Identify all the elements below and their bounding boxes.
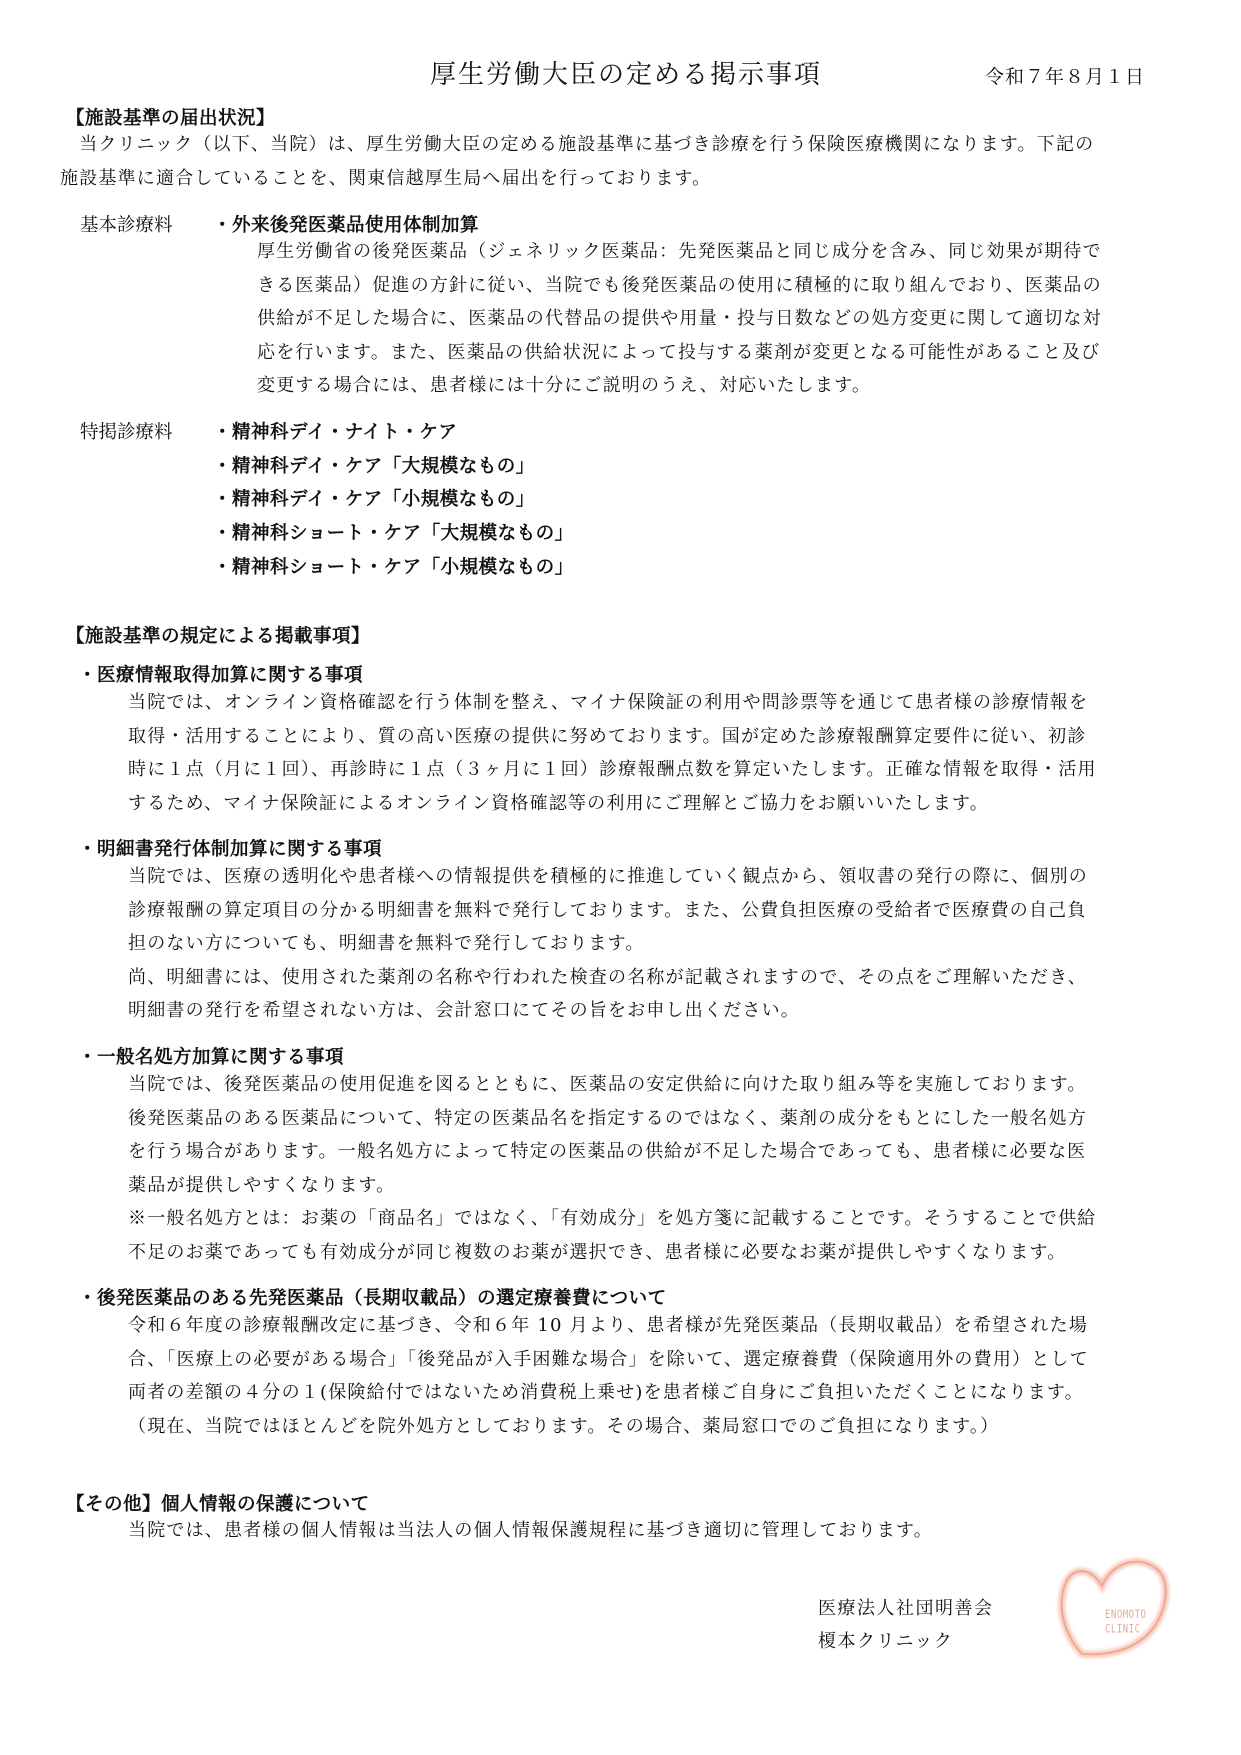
special-fee-item: ・精神科ショート・ケア「大規模なもの」 bbox=[213, 519, 574, 545]
paragraph-line: 当クリニック（以下、当院）は、厚生労働大臣の定める施設基準に基づき診療を行う保険… bbox=[60, 128, 1180, 162]
paragraph-line: 施設基準に適合していることを、関東信越厚生局へ届出を行っております。 bbox=[60, 162, 1180, 196]
section-heading-privacy: 【その他】個人情報の保護について bbox=[66, 1490, 370, 1516]
paragraph-line: 供給が不足した場合に、医薬品の代替品の提供や用量・投与日数などの処方変更に関して… bbox=[257, 302, 1177, 336]
section1-intro: 当クリニック（以下、当院）は、厚生労働大臣の定める施設基準に基づき診療を行う保険… bbox=[60, 128, 1180, 195]
basic-fee-label: 基本診療料 bbox=[80, 211, 173, 237]
paragraph-line: ※一般名処方とは：お薬の「商品名」ではなく、「有効成分」を処方箋に記載することで… bbox=[128, 1202, 1178, 1236]
paragraph-line: 合、「医療上の必要がある場合」「後発品が入手困難な場合」を除いて、選定療養費（保… bbox=[128, 1343, 1178, 1377]
privacy-body: 当院では、患者様の個人情報は当法人の個人情報保護規程に基づき適切に管理しておりま… bbox=[128, 1514, 1178, 1548]
notice-page: 厚生労働大臣の定める掲示事項 令和７年８月１日 【施設基準の届出状況】 当クリニ… bbox=[0, 0, 1241, 1755]
paragraph-line: 薬品が提供しやすくなります。 bbox=[128, 1169, 1178, 1203]
page-title: 厚生労働大臣の定める掲示事項 bbox=[430, 54, 822, 91]
paragraph-line: きる医薬品）促進の方針に従い、当院でも後発医薬品の使用に積極的に取り組んでおり、… bbox=[257, 269, 1177, 303]
special-fee-item: ・精神科デイ・ケア「小規模なもの」 bbox=[213, 485, 535, 511]
paragraph-line: 令和６年度の診療報酬改定に基づき、令和６年 10 月より、患者様が先発医薬品（長… bbox=[128, 1309, 1178, 1343]
item-heading-generic-prescription: ・一般名処方加算に関する事項 bbox=[78, 1043, 344, 1069]
organization-name: 医療法人社団明善会 bbox=[818, 1592, 994, 1625]
basic-fee-description: 厚生労働省の後発医薬品（ジェネリック医薬品：先発医薬品と同じ成分を含み、同じ効果… bbox=[257, 235, 1177, 403]
special-fee-item: ・精神科デイ・ケア「大規模なもの」 bbox=[213, 452, 535, 478]
paragraph-line: 不足のお薬であっても有効成分が同じ複数のお薬が選択でき、患者様に必要なお薬が提供… bbox=[128, 1236, 1178, 1270]
signature-block: 医療法人社団明善会 榎本クリニック bbox=[818, 1592, 994, 1658]
section-heading-facility-standards: 【施設基準の届出状況】 bbox=[66, 104, 275, 130]
special-fee-item: ・精神科デイ・ナイト・ケア bbox=[213, 418, 457, 444]
paragraph-line: 診療報酬の算定項目の分かる明細書を無料で発行しております。また、公費負担医療の受… bbox=[128, 894, 1178, 928]
item-body-medical-info: 当院では、オンライン資格確認を行う体制を整え、マイナ保険証の利用や問診票等を通じ… bbox=[128, 686, 1178, 820]
paragraph-line: 当院では、オンライン資格確認を行う体制を整え、マイナ保険証の利用や問診票等を通じ… bbox=[128, 686, 1178, 720]
item-heading-selective-care: ・後発医薬品のある先発医薬品（長期収載品）の選定療養費について bbox=[78, 1284, 667, 1310]
paragraph-line: 当院では、後発医薬品の使用促進を図るとともに、医薬品の安定供給に向けた取り組み等… bbox=[128, 1068, 1178, 1102]
special-fee-label: 特掲診療料 bbox=[80, 418, 173, 444]
paragraph-line: 変更する場合には、患者様には十分にご説明のうえ、対応いたします。 bbox=[257, 369, 1177, 403]
paragraph-line: するため、マイナ保険証によるオンライン資格確認等の利用にご理解とご協力をお願いい… bbox=[128, 787, 1178, 821]
paragraph-line: 厚生労働省の後発医薬品（ジェネリック医薬品：先発医薬品と同じ成分を含み、同じ効果… bbox=[257, 235, 1177, 269]
item-body-statement: 当院では、医療の透明化や患者様への情報提供を積極的に推進していく観点から、領収書… bbox=[128, 860, 1178, 1028]
page-date: 令和７年８月１日 bbox=[985, 62, 1145, 89]
item-body-generic-prescription: 当院では、後発医薬品の使用促進を図るとともに、医薬品の安定供給に向けた取り組み等… bbox=[128, 1068, 1178, 1269]
clinic-logo: ENOMOTO CLINIC bbox=[1052, 1556, 1172, 1666]
item-heading-medical-info: ・医療情報取得加算に関する事項 bbox=[78, 661, 363, 687]
section-heading-posted-items: 【施設基準の規定による掲載事項】 bbox=[66, 622, 370, 648]
paragraph-line: 取得・活用することにより、質の高い医療の提供に努めております。国が定めた診療報酬… bbox=[128, 720, 1178, 754]
paragraph-line: 両者の差額の４分の１(保険給付ではないため消費税上乗せ)を患者様ご自身にご負担い… bbox=[128, 1376, 1178, 1410]
paragraph-line: 応を行います。また、医薬品の供給状況によって投与する薬剤が変更となる可能性がある… bbox=[257, 336, 1177, 370]
paragraph-line: 当院では、患者様の個人情報は当法人の個人情報保護規程に基づき適切に管理しておりま… bbox=[128, 1514, 1178, 1548]
logo-text: ENOMOTO CLINIC bbox=[1105, 1609, 1146, 1638]
paragraph-line: 明細書の発行を希望されない方は、会計窓口にてその旨をお申し出ください。 bbox=[128, 994, 1178, 1028]
basic-fee-item: ・外来後発医薬品使用体制加算 bbox=[213, 211, 479, 237]
paragraph-line: 尚、明細書には、使用された薬剤の名称や行われた検査の名称が記載されますので、その… bbox=[128, 961, 1178, 995]
paragraph-line: 当院では、医療の透明化や患者様への情報提供を積極的に推進していく観点から、領収書… bbox=[128, 860, 1178, 894]
clinic-name: 榎本クリニック bbox=[818, 1625, 994, 1658]
paragraph-line: （現在、当院ではほとんどを院外処方としております。その場合、薬局窓口でのご負担に… bbox=[128, 1410, 1178, 1444]
paragraph-line: 後発医薬品のある医薬品について、特定の医薬品名を指定するのではなく、薬剤の成分を… bbox=[128, 1102, 1178, 1136]
paragraph-line: を行う場合があります。一般名処方によって特定の医薬品の供給が不足した場合であって… bbox=[128, 1135, 1178, 1169]
item-heading-statement: ・明細書発行体制加算に関する事項 bbox=[78, 835, 382, 861]
paragraph-line: 担のない方についても、明細書を無料で発行しております。 bbox=[128, 927, 1178, 961]
paragraph-line: 時に１点（月に１回）、再診時に１点（３ヶ月に１回）診療報酬点数を算定いたします。… bbox=[128, 753, 1178, 787]
special-fee-item: ・精神科ショート・ケア「小規模なもの」 bbox=[213, 553, 574, 579]
item-body-selective-care: 令和６年度の診療報酬改定に基づき、令和６年 10 月より、患者様が先発医薬品（長… bbox=[128, 1309, 1178, 1443]
